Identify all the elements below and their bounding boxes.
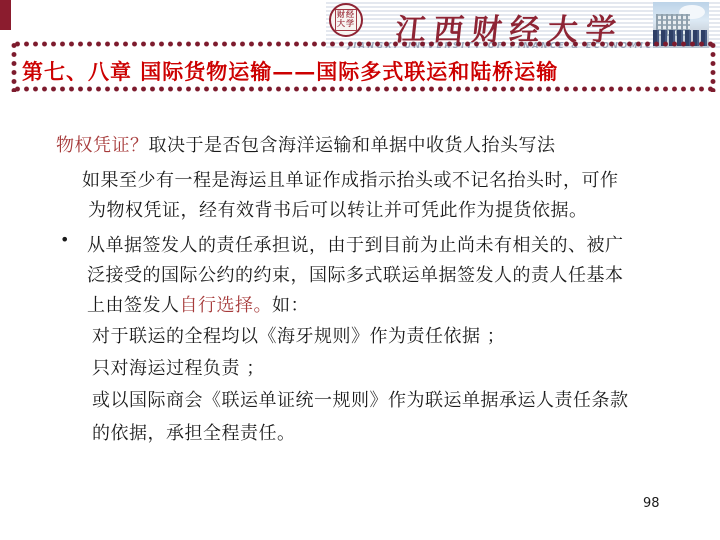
bullet-line2: 泛接受的国际公约的约束，国际多式联运单据签发人的责人任基本	[87, 261, 624, 287]
slide: 财经大学 江西财经大学 JIANGXI UNIVERSITY OF FINANC…	[0, 0, 720, 540]
example-line-1: 对于联运的全程均以《海牙规则》作为责任依据 ；	[92, 322, 505, 348]
university-seal-icon: 财经大学	[329, 3, 363, 37]
page-number: 98	[643, 496, 660, 511]
bullet-line3-pre: 上由签发人	[87, 295, 180, 316]
example-line-2: 只对海运过程负责 ；	[92, 354, 265, 380]
para1-line1: 物权凭证？取决于是否包含海洋运输和单据中收货人抬头写法	[56, 131, 556, 157]
para1-lead-red: 物权凭证？	[56, 135, 149, 156]
title-box-border-bottom	[13, 86, 716, 92]
example-line-4: 的依据，承担全程责任。	[92, 419, 296, 445]
title-box-border-right	[710, 41, 716, 92]
bullet-line1: 从单据签发人的责任承担说，由于到目前为止尚未有相关的、被广	[87, 231, 624, 257]
bullet-marker: •	[60, 230, 69, 249]
bullet-line3-red: 自行选择。	[180, 295, 273, 316]
bullet-line3-post: 如：	[272, 295, 309, 316]
title-box-border-top	[13, 41, 716, 47]
para1-line2: 如果至少有一程是海运且单证作成指示抬头或不记名抬头时，可作	[82, 166, 619, 192]
title-box-border-left	[11, 41, 17, 92]
para1-lead-rest: 取决于是否包含海洋运输和单据中收货人抬头写法	[149, 135, 556, 156]
corner-accent-bar	[0, 0, 11, 30]
university-seal-text: 财经大学	[335, 9, 357, 31]
slide-title: 第七、八章 国际货物运输——国际多式联运和陆桥运输	[22, 56, 558, 86]
para1-line3: 为物权凭证，经有效背书后可以转让并可凭此作为提货依据。	[88, 196, 588, 222]
example-line-3: 或以国际商会《联运单证统一规则》作为联运单据承运人责任条款	[92, 386, 629, 412]
bullet-line3: 上由签发人自行选择。如：	[87, 291, 309, 317]
